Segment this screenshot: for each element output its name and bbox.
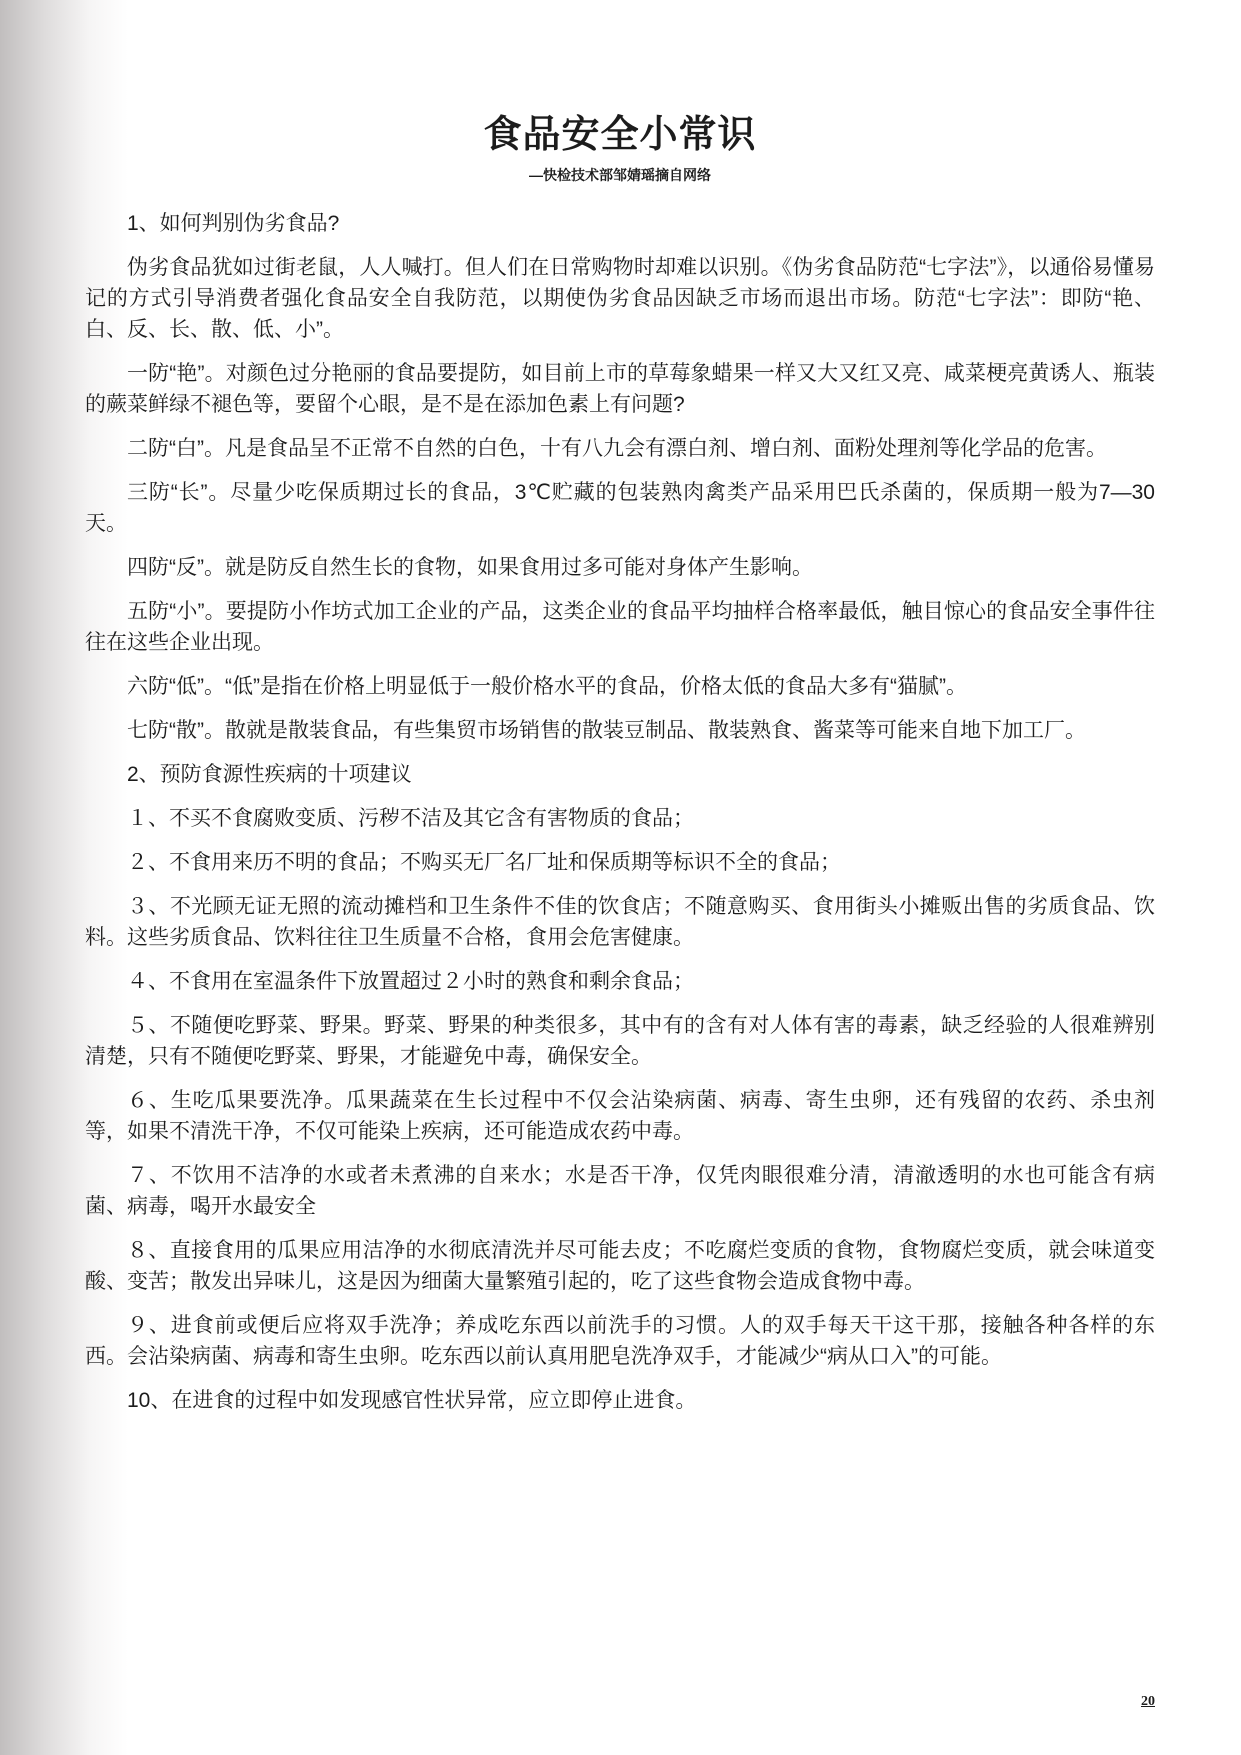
paragraph: ２、不食用来历不明的食品；不购买无厂名厂址和保质期等标识不全的食品； — [85, 847, 1155, 878]
paragraph: 一防“艳”。对颜色过分艳丽的食品要提防，如目前上市的草莓象蜡果一样又大又红又亮、… — [85, 358, 1155, 420]
document-subtitle: —快检技术部邹婧瑶摘自网络 — [85, 166, 1155, 184]
paragraph: ９、进食前或便后应将双手洗净；养成吃东西以前洗手的习惯。人的双手每天干这干那，接… — [85, 1310, 1155, 1372]
paragraph: １、不买不食腐败变质、污秽不洁及其它含有害物质的食品； — [85, 803, 1155, 834]
paragraph: ８、直接食用的瓜果应用洁净的水彻底清洗并尽可能去皮；不吃腐烂变质的食物，食物腐烂… — [85, 1235, 1155, 1297]
document-page: 食品安全小常识 —快检技术部邹婧瑶摘自网络 1、如何判别伪劣食品?伪劣食品犹如过… — [0, 0, 1241, 1755]
section-heading: 1、如何判别伪劣食品? — [85, 208, 1155, 239]
paragraph: 六防“低”。“低”是指在价格上明显低于一般价格水平的食品，价格太低的食品大多有“… — [85, 671, 1155, 702]
document-content: 食品安全小常识 —快检技术部邹婧瑶摘自网络 1、如何判别伪劣食品?伪劣食品犹如过… — [85, 0, 1155, 1429]
paragraph: 五防“小”。要提防小作坊式加工企业的产品，这类企业的食品平均抽样合格率最低，触目… — [85, 596, 1155, 658]
paragraph: 10、在进食的过程中如发现感官性状异常，应立即停止进食。 — [85, 1385, 1155, 1416]
paragraph: 七防“散”。散就是散装食品，有些集贸市场销售的散装豆制品、散装熟食、酱菜等可能来… — [85, 715, 1155, 746]
paragraph: 四防“反”。就是防反自然生长的食物，如果食用过多可能对身体产生影响。 — [85, 552, 1155, 583]
paragraph: 伪劣食品犹如过街老鼠，人人喊打。但人们在日常购物时却难以识别。《伪劣食品防范“七… — [85, 252, 1155, 345]
paragraph: ３、不光顾无证无照的流动摊档和卫生条件不佳的饮食店；不随意购买、食用街头小摊贩出… — [85, 891, 1155, 953]
paragraph: ７、不饮用不洁净的水或者未煮沸的自来水；水是否干净，仅凭肉眼很难分清，清澈透明的… — [85, 1160, 1155, 1222]
paragraph: ５、不随便吃野菜、野果。野菜、野果的种类很多，其中有的含有对人体有害的毒素，缺乏… — [85, 1010, 1155, 1072]
document-body: 1、如何判别伪劣食品?伪劣食品犹如过街老鼠，人人喊打。但人们在日常购物时却难以识… — [85, 208, 1155, 1416]
paragraph: ４、不食用在室温条件下放置超过２小时的熟食和剩余食品； — [85, 966, 1155, 997]
page-number: 20 — [1141, 1694, 1155, 1710]
paragraph: 三防“长”。尽量少吃保质期过长的食品，3℃贮藏的包装熟肉禽类产品采用巴氏杀菌的，… — [85, 477, 1155, 539]
paragraph: ６、生吃瓜果要洗净。瓜果蔬菜在生长过程中不仅会沾染病菌、病毒、寄生虫卵，还有残留… — [85, 1085, 1155, 1147]
section-heading: 2、预防食源性疾病的十项建议 — [85, 759, 1155, 790]
paragraph: 二防“白”。凡是食品呈不正常不自然的白色，十有八九会有漂白剂、增白剂、面粉处理剂… — [85, 433, 1155, 464]
document-title: 食品安全小常识 — [85, 112, 1155, 158]
